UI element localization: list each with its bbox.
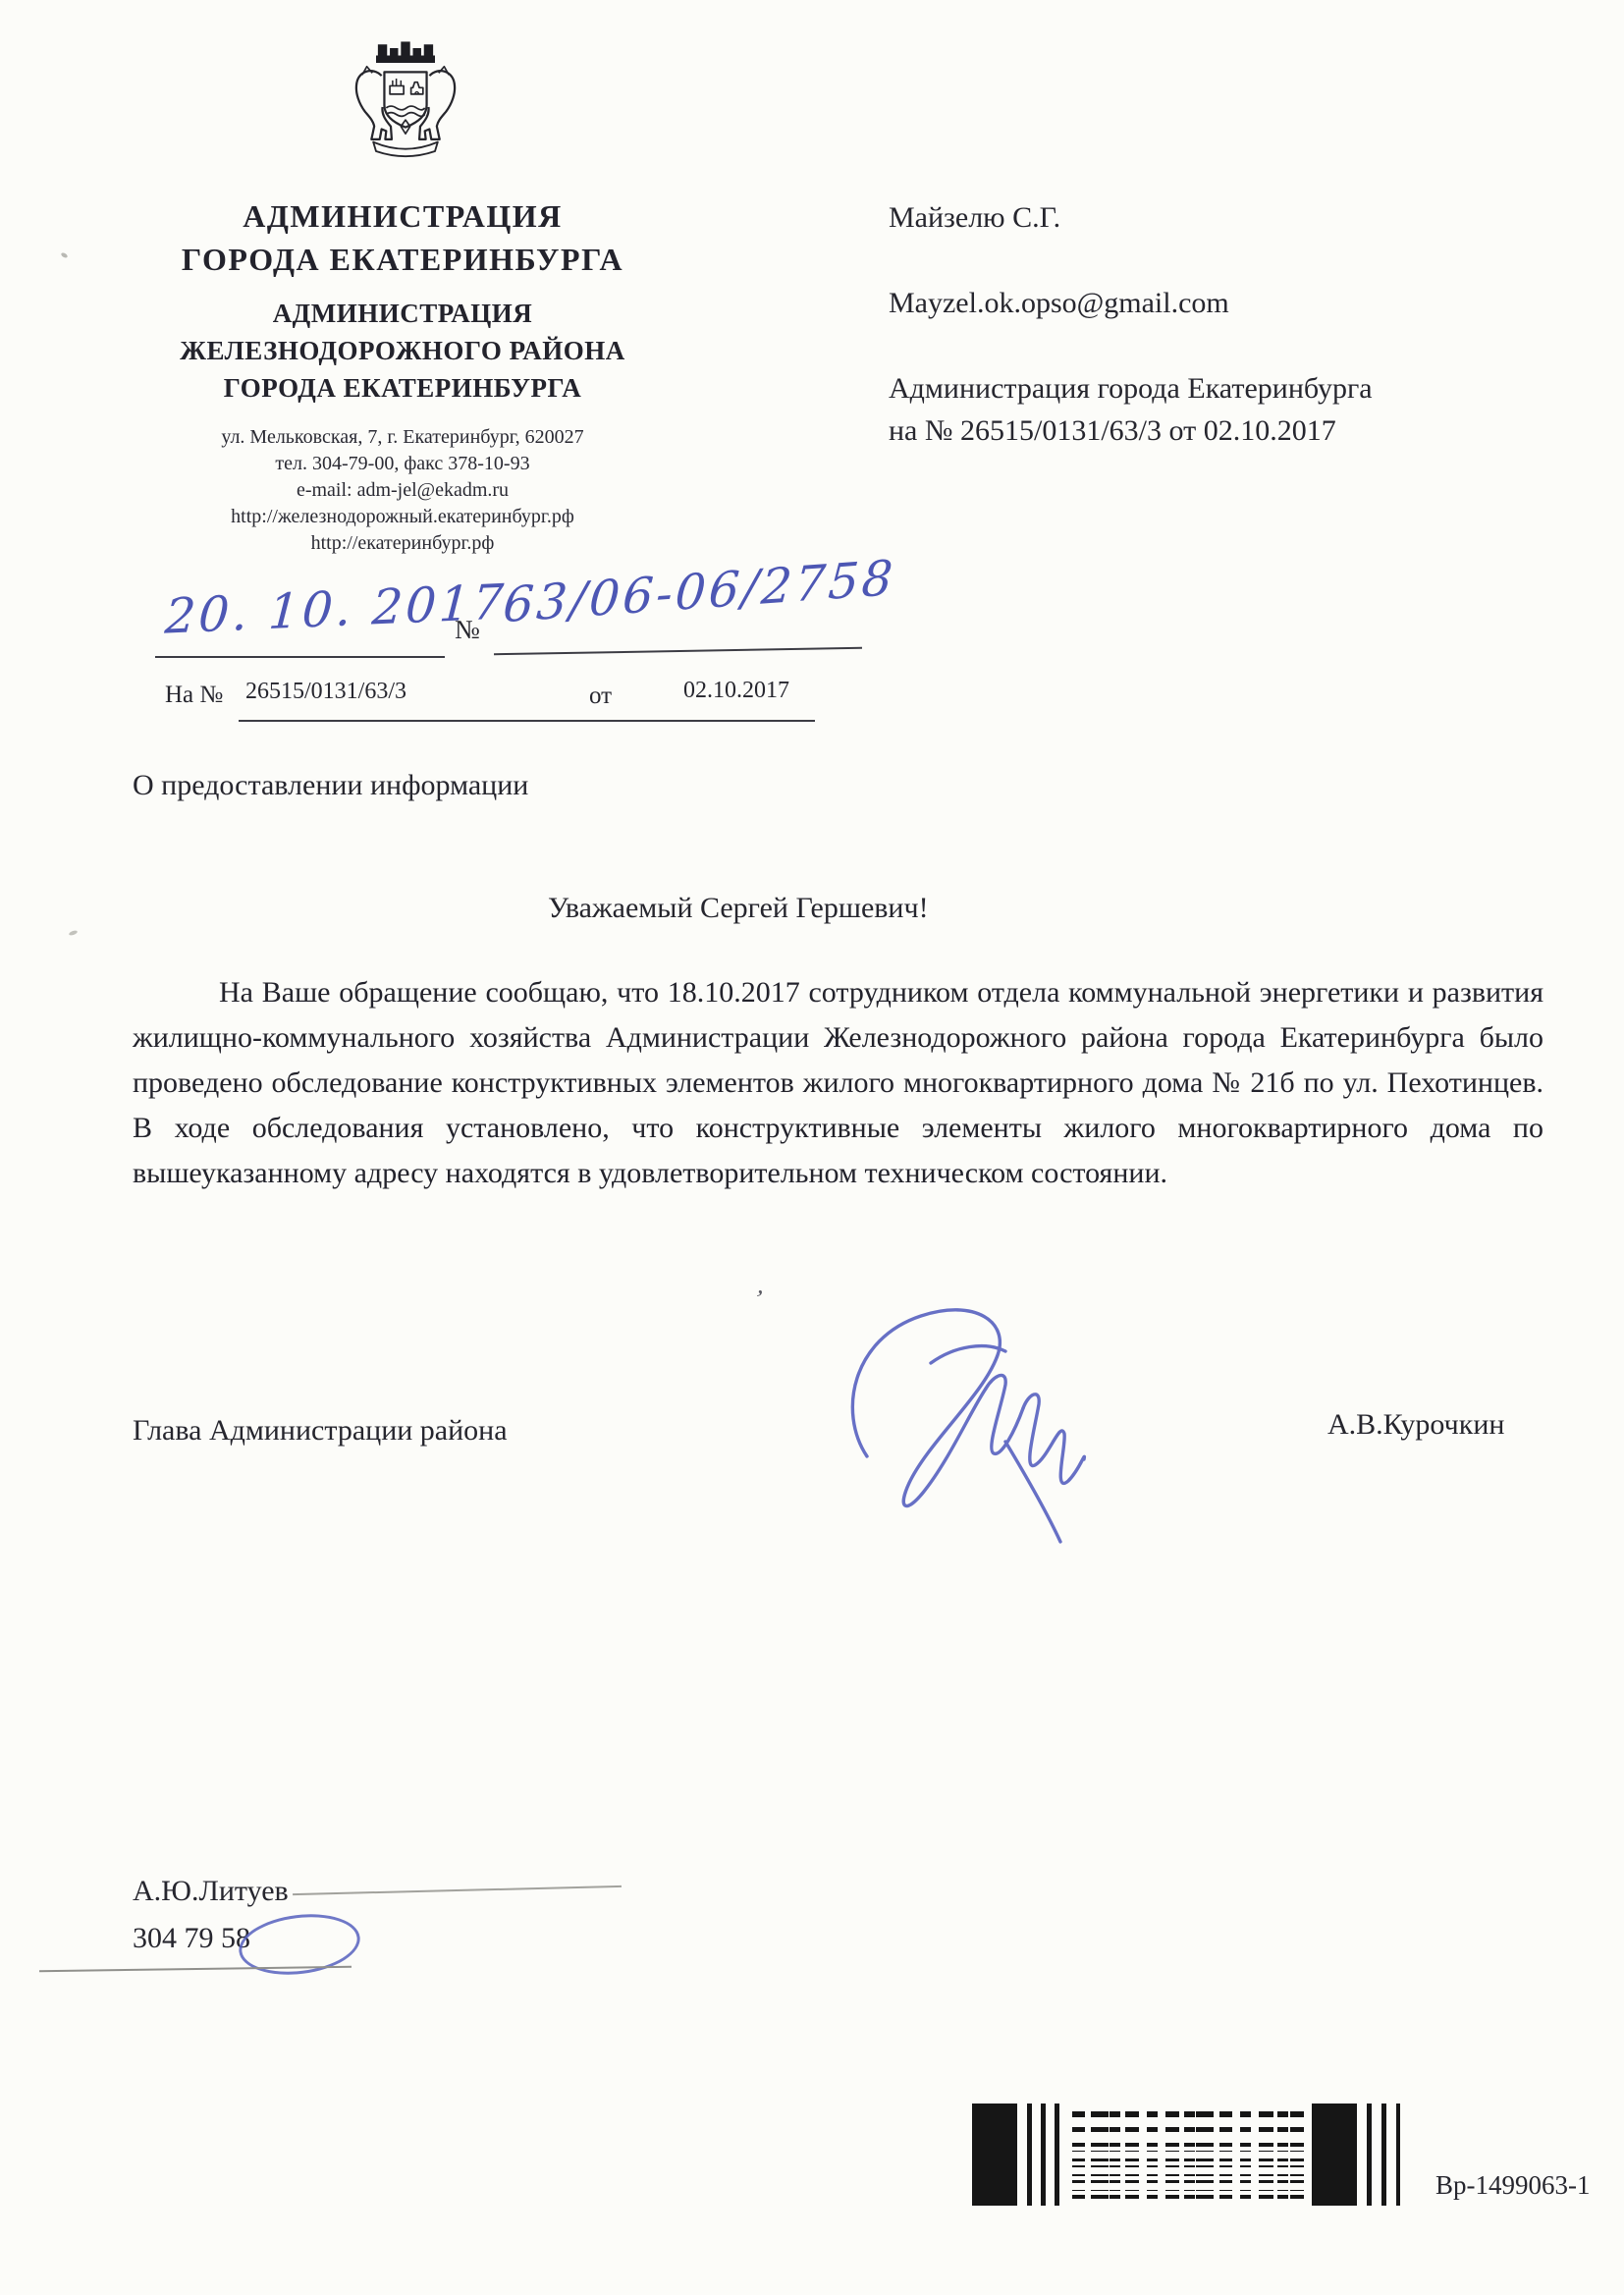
- letterhead: АДМИНИСТРАЦИЯ ГОРОДА ЕКАТЕРИНБУРГА АДМИН…: [93, 194, 712, 557]
- subject-line: О предоставлении информации: [133, 769, 528, 802]
- incoming-ref-number: 26515/0131/63/3: [245, 679, 406, 705]
- scan-artifact-line: [293, 1885, 622, 1895]
- number-underline: [494, 647, 862, 656]
- recipient-org: Администрация города Екатеринбурга: [889, 367, 1537, 410]
- website-line2: http://екатеринбург.рф: [93, 530, 712, 557]
- yekaterinburg-coat-of-arms-icon: [332, 33, 479, 186]
- recipient-block: Майзелю С.Г. Mayzel.ok.opso@gmail.com Ад…: [889, 196, 1537, 452]
- letter-body: На Ваше обращение сообщаю, что 18.10.201…: [133, 970, 1543, 1196]
- numero-sign: №: [455, 615, 480, 645]
- recipient-email: Mayzel.ok.opso@gmail.com: [889, 282, 1537, 324]
- pen-tick-mark: ’: [750, 1284, 766, 1314]
- dept-line1: АДМИНИСТРАЦИЯ: [93, 295, 712, 332]
- phone-fax: тел. 304-79-00, факс 378-10-93: [93, 451, 712, 477]
- recipient-reference: на № 26515/0131/63/3 от 02.10.2017: [889, 410, 1537, 452]
- email-line: e-mail: adm-jel@ekadm.ru: [93, 477, 712, 504]
- handwritten-outgoing-number: 63/06-06/2758: [501, 550, 896, 633]
- recipient-name: Майзелю С.Г.: [889, 196, 1537, 239]
- executor-name: А.Ю.Литуев: [133, 1868, 289, 1915]
- handwritten-signature-icon: [813, 1294, 1147, 1564]
- org-name-line2: ГОРОДА ЕКАТЕРИНБУРГА: [93, 238, 712, 281]
- incoming-ref-label: На №: [165, 682, 223, 709]
- dept-line2: ЖЕЛЕЗНОДОРОЖНОГО РАЙОНА: [93, 332, 712, 369]
- salutation: Уважаемый Сергей Гершевич!: [548, 892, 929, 925]
- dept-line3: ГОРОДА ЕКАТЕРИНБУРГА: [93, 369, 712, 407]
- org-name-line1: АДМИНИСТРАЦИЯ: [93, 194, 712, 238]
- website-line1: http://железнодорожный.екатеринбург.рф: [93, 504, 712, 530]
- department-name: АДМИНИСТРАЦИЯ ЖЕЛЕЗНОДОРОЖНОГО РАЙОНА ГО…: [93, 295, 712, 407]
- barcode-label: Вр-1499063-1: [1435, 2170, 1591, 2201]
- scan-speck: [60, 252, 68, 259]
- signer-title: Глава Администрации района: [133, 1414, 508, 1448]
- scanned-letter-page: АДМИНИСТРАЦИЯ ГОРОДА ЕКАТЕРИНБУРГА АДМИН…: [0, 0, 1624, 2295]
- contact-block: ул. Мельковская, 7, г. Екатеринбург, 620…: [93, 424, 712, 557]
- scan-speck: [69, 930, 79, 937]
- date-underline: [155, 656, 445, 658]
- signer-name: А.В.Курочкин: [1327, 1408, 1504, 1442]
- incoming-date-underline: [491, 720, 815, 722]
- incoming-ref-date: 02.10.2017: [574, 678, 898, 704]
- postal-address: ул. Мельковская, 7, г. Екатеринбург, 620…: [93, 424, 712, 451]
- document-barcode-icon: [972, 2104, 1416, 2206]
